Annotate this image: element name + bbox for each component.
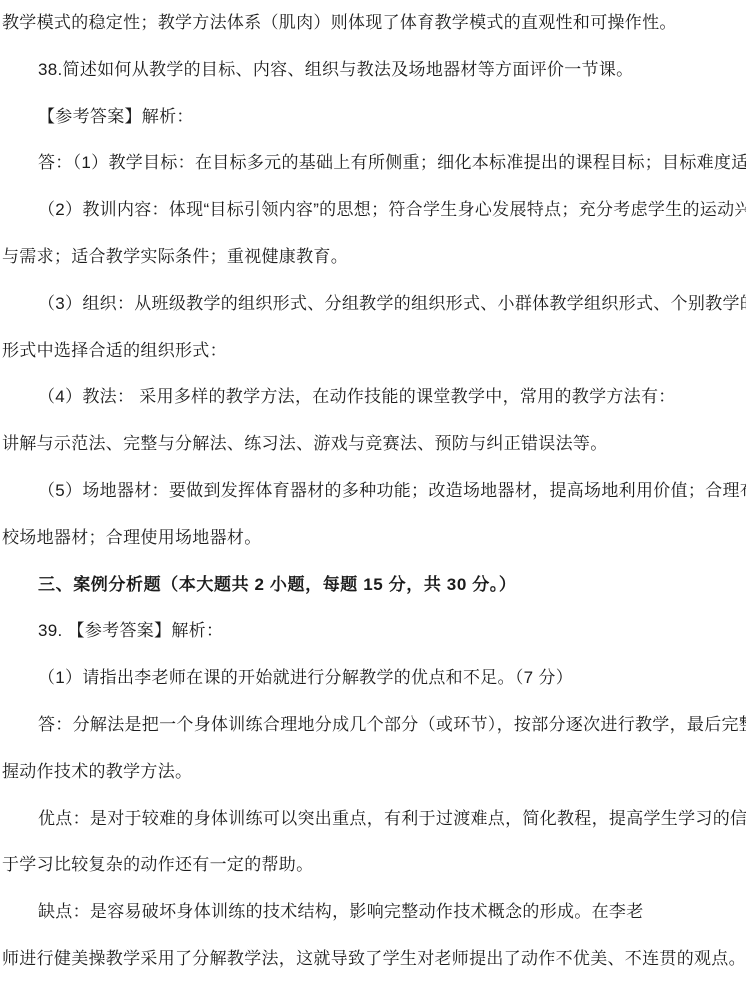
text-line: 于学习比较复杂的动作还有一定的帮助。 xyxy=(2,842,746,889)
text-line: （4）教法： 采用多样的教学方法，在动作技能的课堂教学中，常用的教学方法有： xyxy=(2,374,746,421)
text-line: 讲解与示范法、完整与分解法、练习法、游戏与竞赛法、预防与纠正错误法等。 xyxy=(2,421,746,468)
text-line: 三、案例分析题（本大题共 2 小题，每题 15 分，共 30 分。） xyxy=(2,562,746,609)
text-line: 缺点：是容易破坏身体训练的技术结构，影响完整动作技术概念的形成。在李老 xyxy=(2,889,746,936)
text-line: 38.简述如何从教学的目标、内容、组织与教法及场地器材等方面评价一节课。 xyxy=(2,47,746,94)
text-line: 【参考答案】解析： xyxy=(2,94,746,141)
text-line: （5）场地器材：要做到发挥体育器材的多种功能；改造场地器材，提高场地利用价值；合… xyxy=(2,468,746,515)
document-page: 教学模式的稳定性；教学方法体系（肌肉）则体现了体育教学模式的直观性和可操作性。3… xyxy=(0,0,748,983)
text-line: （2）教训内容：体现“目标引领内容”的思想；符合学生身心发展特点；充分考虑学生的… xyxy=(2,187,746,234)
text-line: （1）请指出李老师在课的开始就进行分解教学的优点和不足。（7 分） xyxy=(2,655,746,702)
text-line: 师进行健美操教学采用了分解教学法，这就导致了学生对老师提出了动作不优美、不连贯的… xyxy=(2,936,746,983)
text-line: 优点：是对于较难的身体训练可以突出重点，有利于过渡难点，简化教程，提高学生学习的… xyxy=(2,796,746,843)
text-line: 校场地器材；合理使用场地器材。 xyxy=(2,515,746,562)
text-line: （3）组织：从班级教学的组织形式、分组教学的组织形式、小群体教学组织形式、个别教… xyxy=(2,281,746,328)
text-line: 39. 【参考答案】解析： xyxy=(2,608,746,655)
text-line: 握动作技术的教学方法。 xyxy=(2,749,746,796)
text-line: 与需求；适合教学实际条件；重视健康教育。 xyxy=(2,234,746,281)
text-line: 教学模式的稳定性；教学方法体系（肌肉）则体现了体育教学模式的直观性和可操作性。 xyxy=(2,0,746,47)
text-line: 答：（1）教学目标：在目标多元的基础上有所侧重；细化本标准提出的课程目标；目标难… xyxy=(2,140,746,187)
document-text-block: 教学模式的稳定性；教学方法体系（肌肉）则体现了体育教学模式的直观性和可操作性。3… xyxy=(2,0,746,983)
text-line: 答：分解法是把一个身体训练合理地分成几个部分（或环节），按部分逐次进行教学，最后… xyxy=(2,702,746,749)
text-line: 形式中选择合适的组织形式： xyxy=(2,328,746,375)
